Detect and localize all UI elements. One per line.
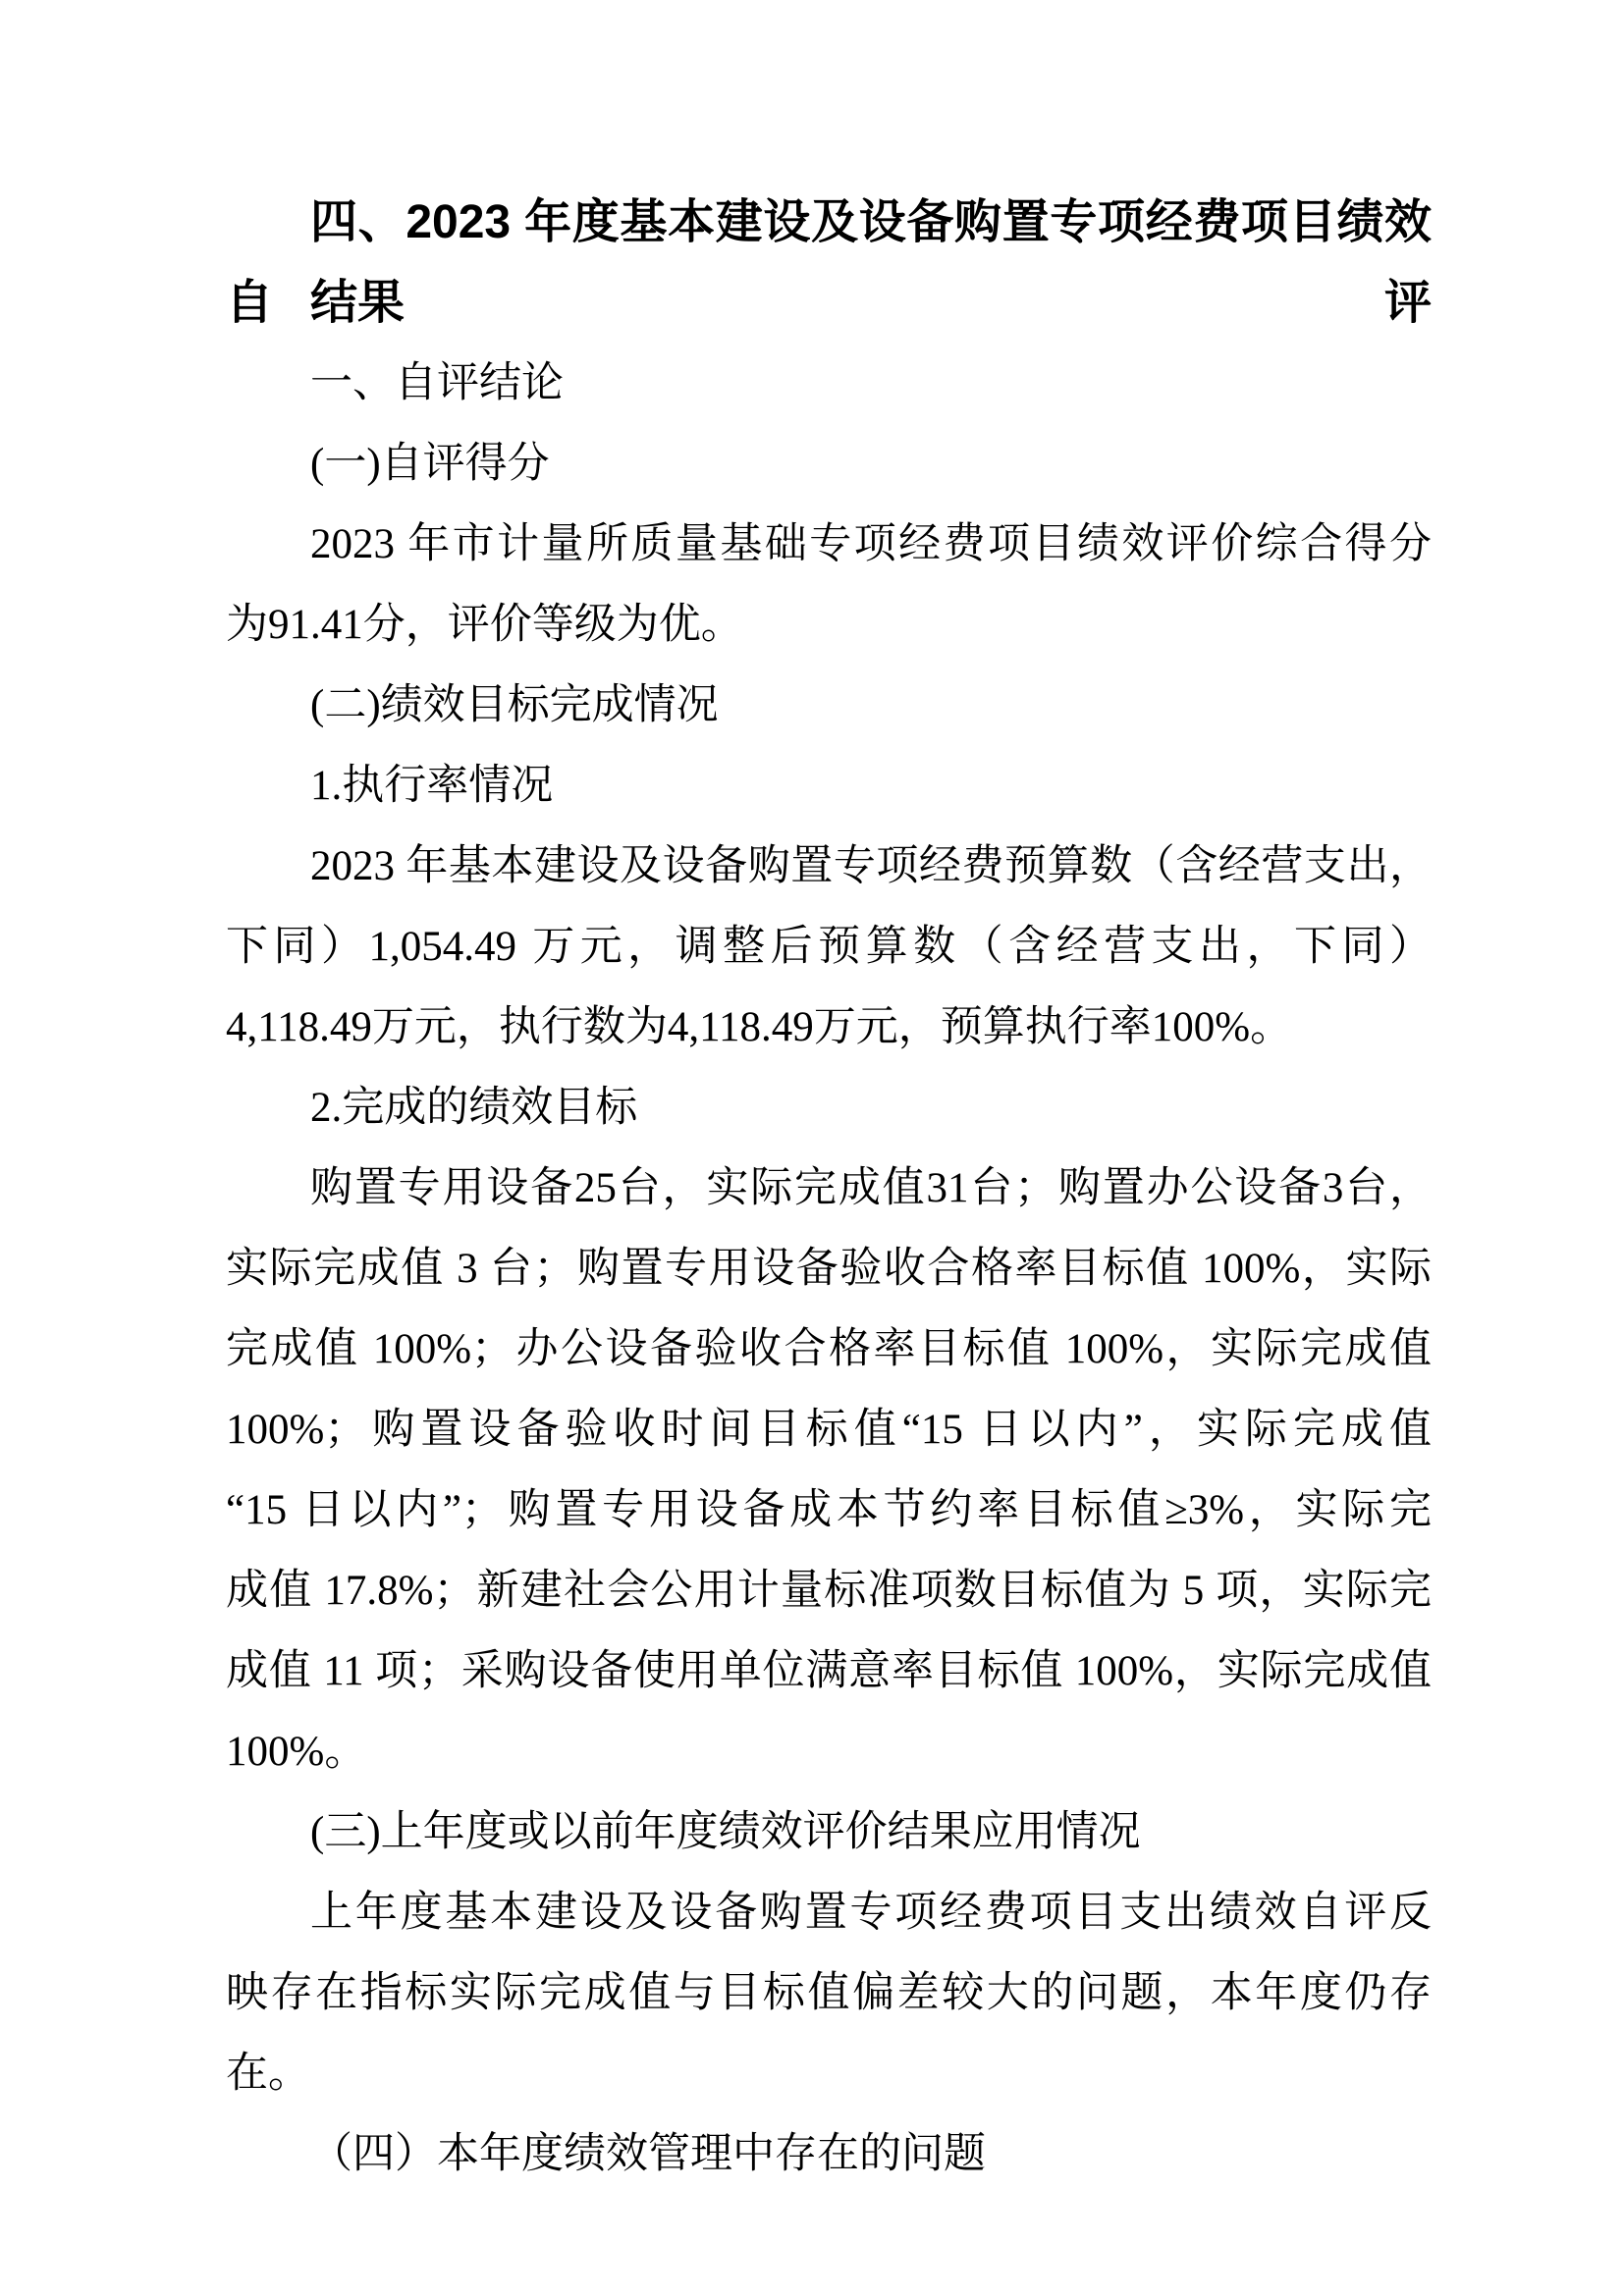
paragraph-10-heading-3: (三)上年度或以前年度绩效评价结果应用情况 — [226, 1792, 1432, 1873]
paragraph-9-body: 购置专用设备25台，实际完成值31台；购置办公设备3台，实际完成值 3 台；购置… — [226, 1148, 1432, 1792]
body-line: 成值 17.8%；新建社会公用计量标准项数目标值为 5 项，实际完 — [226, 1551, 1432, 1631]
body-line: 下同）1,054.49 万元，调整后预算数（含经营支出，下同） — [226, 907, 1432, 988]
paragraph-5-heading-3: (二)绩效目标完成情况 — [226, 666, 1432, 746]
body-line: “15 日以内”；购置专用设备成本节约率目标值≥3%，实际完 — [226, 1470, 1432, 1551]
heading-line: (二)绩效目标完成情况 — [226, 666, 1432, 746]
paragraph-12-heading-3: （四）本年度绩效管理中存在的问题 — [226, 2114, 1432, 2195]
paragraph-7-body: 2023 年基本建设及设备购置专项经费预算数（含经营支出，下同）1,054.49… — [226, 827, 1432, 1068]
body-line: 在。 — [226, 2034, 1432, 2114]
body-line: 购置专用设备25台，实际完成值31台；购置办公设备3台， — [226, 1148, 1432, 1229]
heading-line: 1.执行率情况 — [226, 746, 1432, 827]
body-line: 2023 年市计量所质量基础专项经费项目绩效评价综合得分 — [226, 505, 1432, 585]
document-text-block: 四、2023 年度基本建设及设备购置专项经费项目绩效自评结果一、自评结论(一)自… — [226, 183, 1432, 2195]
paragraph-4-body: 2023 年市计量所质量基础专项经费项目绩效评价综合得分为91.41分，评价等级… — [226, 505, 1432, 666]
heading-line: (三)上年度或以前年度绩效评价结果应用情况 — [226, 1792, 1432, 1873]
body-line: 实际完成值 3 台；购置专用设备验收合格率目标值 100%，实际 — [226, 1229, 1432, 1309]
document-page: 四、2023 年度基本建设及设备购置专项经费项目绩效自评结果一、自评结论(一)自… — [0, 0, 1623, 2296]
paragraph-1-heading-1: 四、2023 年度基本建设及设备购置专项经费项目绩效自评结果 — [226, 183, 1432, 344]
body-line: 映存在指标实际完成值与目标值偏差较大的问题，本年度仍存 — [226, 1953, 1432, 2034]
paragraph-11-body: 上年度基本建设及设备购置专项经费项目支出绩效自评反映存在指标实际完成值与目标值偏… — [226, 1873, 1432, 2114]
body-line: 完成值 100%；办公设备验收合格率目标值 100%，实际完成值 — [226, 1309, 1432, 1390]
body-line: 为91.41分，评价等级为优。 — [226, 585, 1432, 666]
body-line: 成值 11 项；采购设备使用单位满意率目标值 100%，实际完成值 — [226, 1631, 1432, 1712]
body-line: 2023 年基本建设及设备购置专项经费预算数（含经营支出， — [226, 827, 1432, 907]
heading-line: (一)自评得分 — [226, 424, 1432, 505]
paragraph-3-heading-3: (一)自评得分 — [226, 424, 1432, 505]
paragraph-8-heading-4: 2.完成的绩效目标 — [226, 1068, 1432, 1148]
body-line: 4,118.49万元，执行数为4,118.49万元，预算执行率100%。 — [226, 988, 1432, 1068]
paragraph-2-heading-2: 一、自评结论 — [226, 344, 1432, 424]
body-line: 100%；购置设备验收时间目标值“15 日以内”，实际完成值 — [226, 1390, 1432, 1470]
heading-line: 一、自评结论 — [226, 344, 1432, 424]
paragraph-6-heading-4: 1.执行率情况 — [226, 746, 1432, 827]
body-line: 上年度基本建设及设备购置专项经费项目支出绩效自评反 — [226, 1873, 1432, 1953]
body-line: 100%。 — [226, 1712, 1432, 1792]
heading-line: 2.完成的绩效目标 — [226, 1068, 1432, 1148]
heading-line: （四）本年度绩效管理中存在的问题 — [226, 2114, 1432, 2195]
heading-line: 四、2023 年度基本建设及设备购置专项经费项目绩效自评 — [226, 183, 1432, 263]
